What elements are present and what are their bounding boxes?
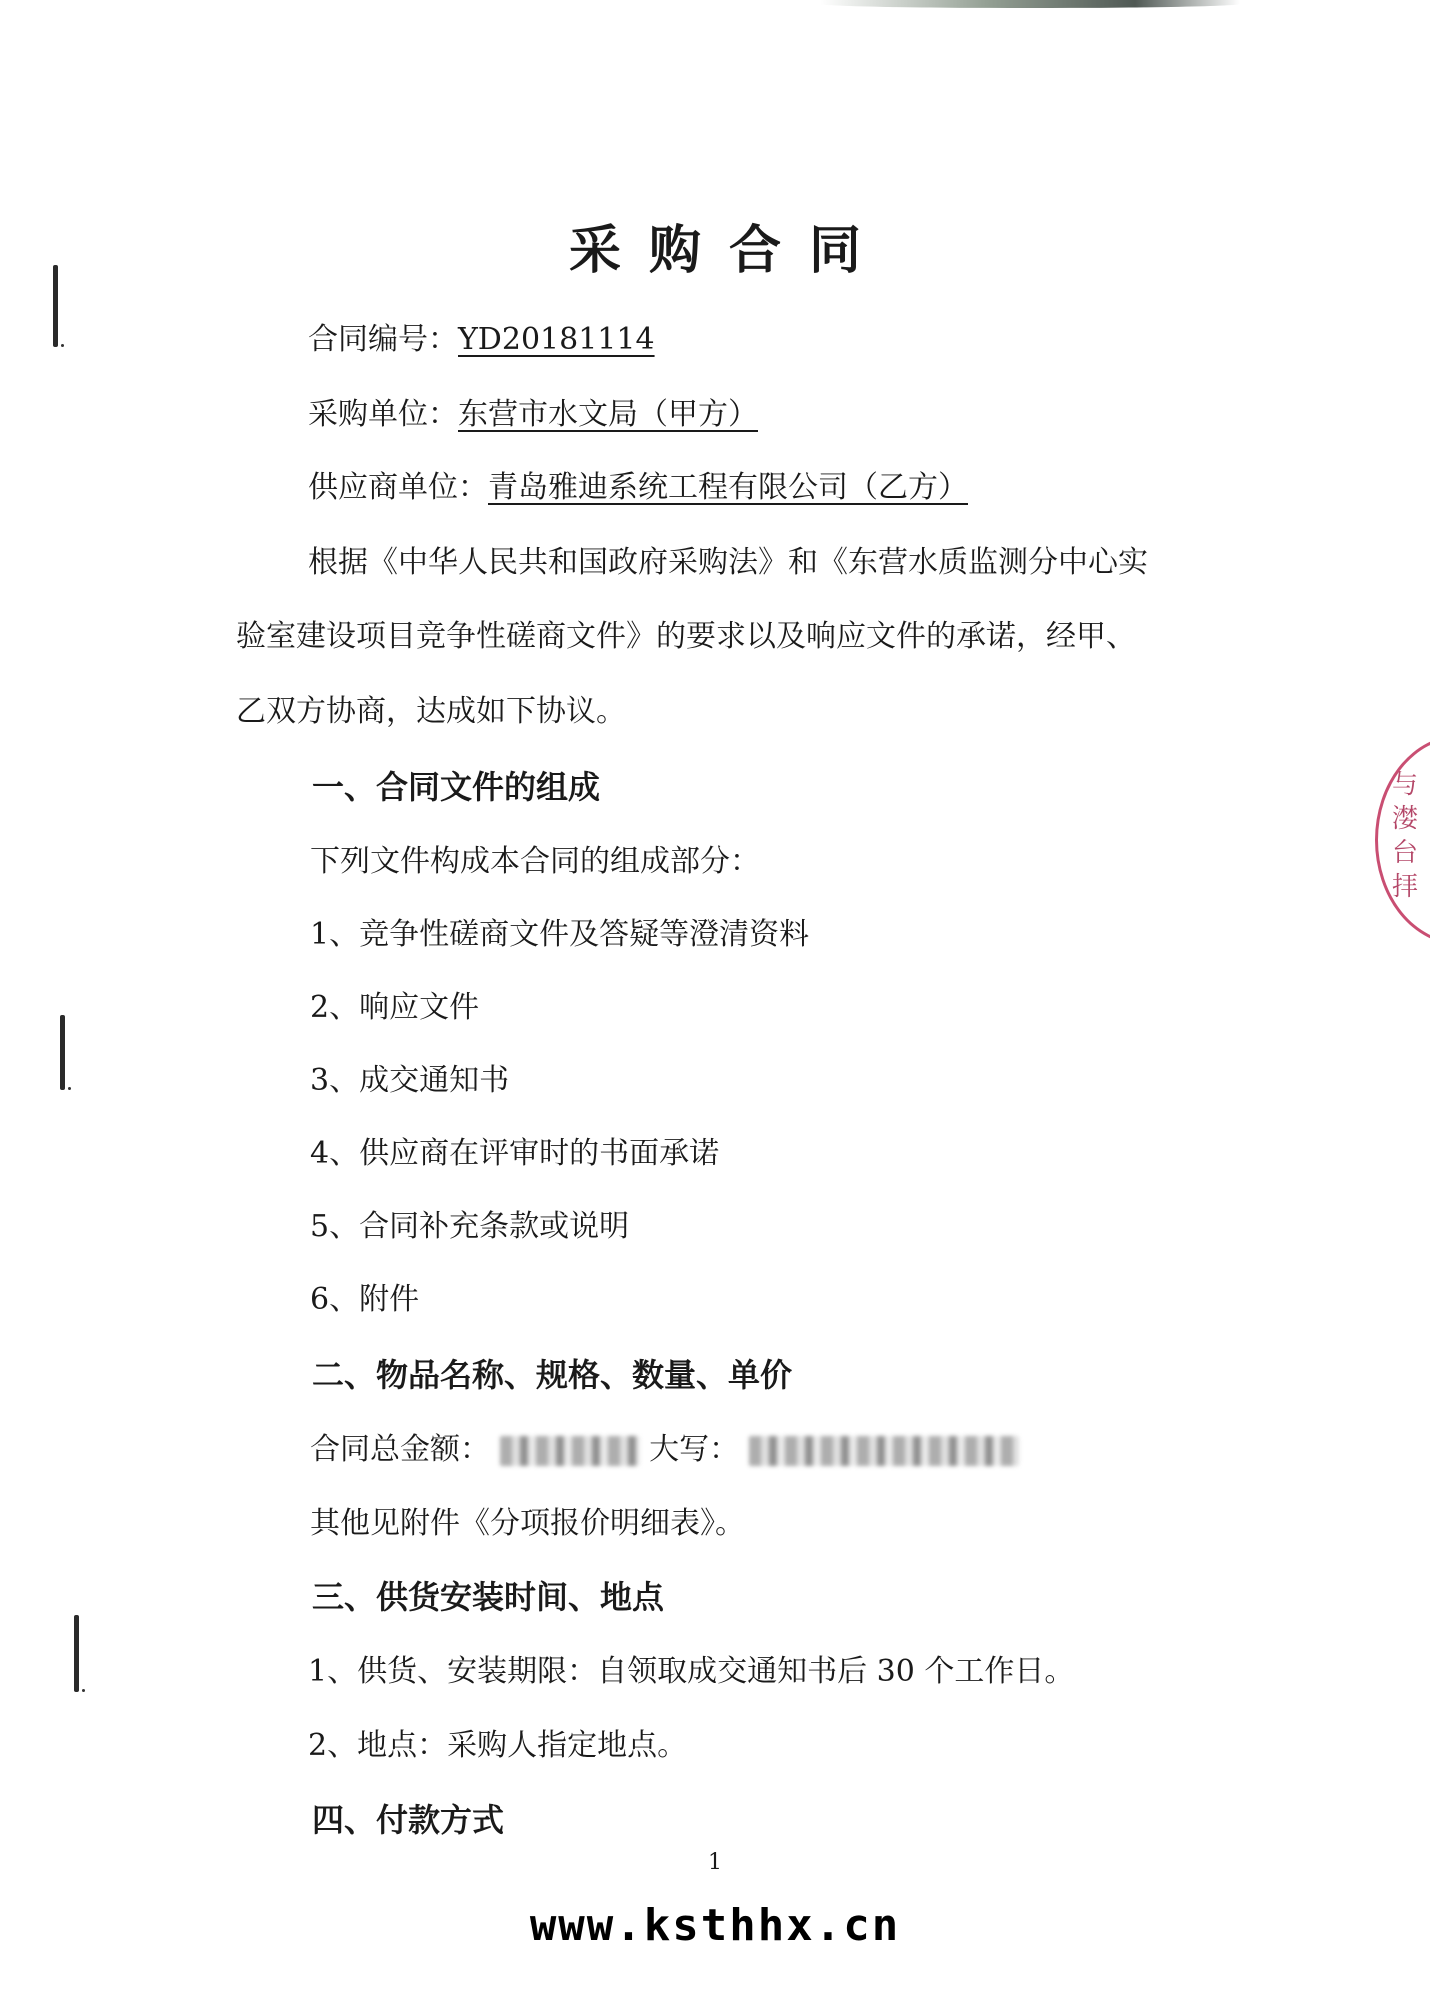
page-number: 1 [0,1850,1430,1875]
redacted-amount-capital [749,1436,1019,1466]
section-1-item: 3、成交通知书 [310,1061,509,1101]
section-4-heading: 四、付款方式 [312,1800,504,1840]
section-2-heading: 二、物品名称、规格、数量、单价 [312,1355,792,1395]
stamp-char: 拝 [1392,870,1430,904]
section-1-item: 1、竞争性磋商文件及答疑等澄清资料 [310,915,809,955]
section-1-heading: 一、合同文件的组成 [312,767,600,807]
contract-number-label: 合同编号： [308,322,458,357]
intro-line-2: 验室建设项目竞争性磋商文件》的要求以及响应文件的承诺，经甲、 [236,617,1136,657]
stamp-char: 漤 [1392,802,1430,836]
section-3-item: 2、地点：采购人指定地点。 [308,1726,687,1766]
buyer-value: 东营市水文局（甲方） [458,397,758,432]
watermark-url: www.ksthhx.cn [0,1900,1430,1951]
stamp-char: 与 [1392,768,1430,802]
section-3-heading: 三、供货安装时间、地点 [312,1577,664,1617]
contract-number-value: YD20181114 [458,322,655,357]
section-1-item: 5、合同补充条款或说明 [310,1207,629,1247]
section-1-item: 2、响应文件 [310,988,479,1028]
contract-number-row: 合同编号：YD20181114 [308,320,655,360]
contract-amount-label: 合同总金额： [310,1432,490,1467]
section-1-item: 4、供应商在评审时的书面承诺 [310,1134,719,1174]
section-1-lead: 下列文件构成本合同的组成部分： [310,842,760,882]
section-1-item: 6、附件 [310,1280,419,1320]
buyer-label: 采购单位： [308,397,458,432]
section-3-item: 1、供货、安装期限：自领取成交通知书后 30 个工作日。 [308,1652,1074,1692]
stamp-char: 台 [1392,836,1430,870]
supplier-row: 供应商单位：青岛雅迪系统工程有限公司（乙方） [308,468,968,508]
document-title: 采购合同 [0,208,1430,283]
contract-amount-row: 合同总金额： 大写： [310,1430,1019,1470]
redacted-amount-numeric [500,1436,640,1466]
scan-edge-shadow [820,0,1240,8]
binding-mark-bottom [74,1615,79,1692]
buyer-row: 采购单位：东营市水文局（甲方） [308,395,758,435]
binding-mark-middle [60,1015,65,1090]
supplier-value: 青岛雅迪系统工程有限公司（乙方） [488,470,968,505]
official-seal-stamp: 与 漤 台 拝 [1375,735,1430,945]
supplier-label: 供应商单位： [308,470,488,505]
amount-capital-label: 大写： [649,1432,739,1467]
intro-line-1: 根据《中华人民共和国政府采购法》和《东营水质监测分中心实 [308,543,1148,583]
section-2-note: 其他见附件《分项报价明细表》。 [310,1504,745,1544]
intro-line-3: 乙双方协商，达成如下协议。 [236,692,626,732]
